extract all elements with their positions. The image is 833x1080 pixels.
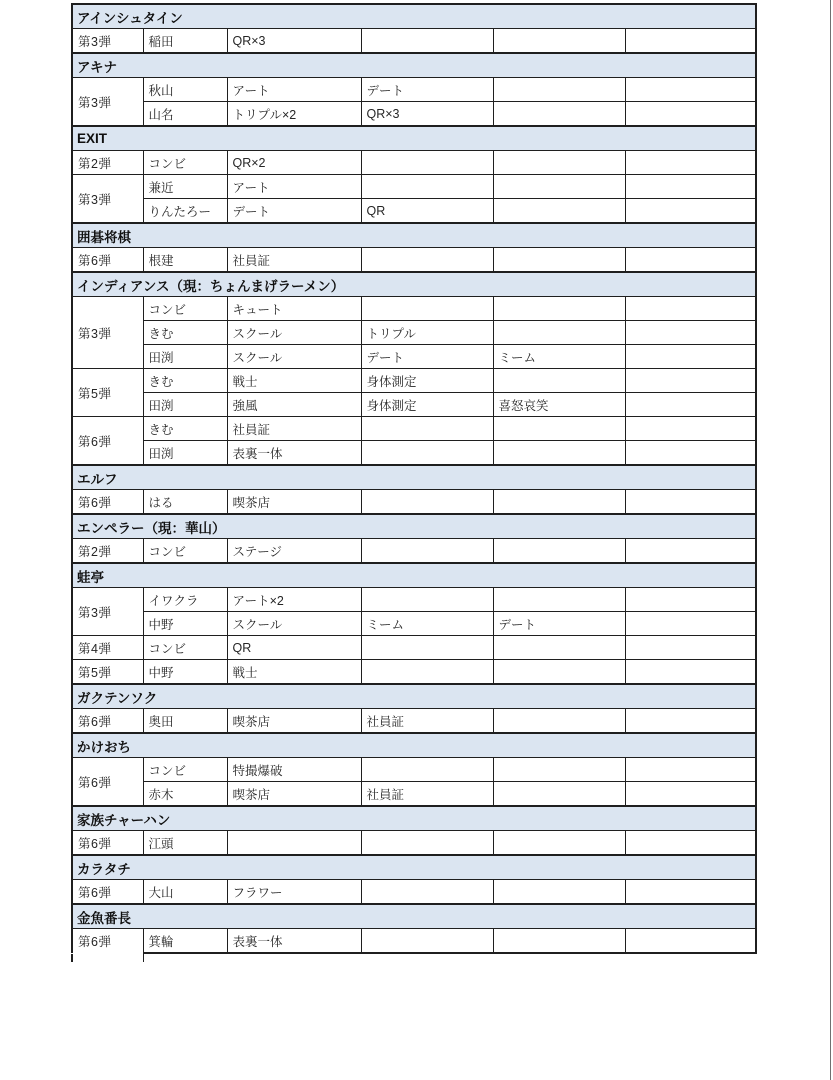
item-cell [493, 880, 625, 905]
item-cell [361, 490, 493, 515]
table-row: 第6弾きむ社員証 [72, 417, 756, 441]
item-cell [625, 199, 756, 224]
table-row: 第5弾きむ戦士身体測定 [72, 369, 756, 393]
item-cell: 戦士 [227, 369, 361, 393]
member-cell: 大山 [143, 880, 227, 905]
member-cell: 奥田 [143, 709, 227, 734]
edition-cell: 第6弾 [72, 490, 143, 515]
member-cell: 田渕 [143, 393, 227, 417]
edition-cell: 第6弾 [72, 831, 143, 856]
member-cell: コンビ [143, 539, 227, 564]
edition-cell: 第6弾 [72, 758, 143, 807]
member-cell: 赤木 [143, 782, 227, 807]
table-row: 第3弾兼近アート [72, 175, 756, 199]
member-cell: 田渕 [143, 345, 227, 369]
table-row: 田渕強風身体測定喜怒哀笑 [72, 393, 756, 417]
item-cell [625, 297, 756, 321]
section-header: アキナ [72, 53, 756, 78]
item-cell [493, 151, 625, 175]
item-cell: 特撮爆破 [227, 758, 361, 782]
edition-cell: 第3弾 [72, 175, 143, 224]
item-cell [361, 539, 493, 564]
edition-cell: 第4弾 [72, 636, 143, 660]
item-cell [493, 831, 625, 856]
item-cell [493, 78, 625, 102]
item-cell: 身体測定 [361, 369, 493, 393]
item-cell [493, 248, 625, 273]
item-cell [361, 758, 493, 782]
item-cell: デート [227, 199, 361, 224]
item-cell: 表裏一体 [227, 441, 361, 466]
item-cell [625, 175, 756, 199]
table-row: 第6弾はる喫茶店 [72, 490, 756, 515]
item-cell [625, 880, 756, 905]
item-cell [625, 441, 756, 466]
table-row: きむスクールトリプル [72, 321, 756, 345]
item-cell: ミーム [493, 345, 625, 369]
item-cell [361, 929, 493, 954]
item-cell [493, 636, 625, 660]
item-cell [625, 248, 756, 273]
item-cell: スクール [227, 321, 361, 345]
edition-cell: 第2弾 [72, 151, 143, 175]
table-row: 第2弾コンビQR×2 [72, 151, 756, 175]
member-cell: 中野 [143, 612, 227, 636]
item-cell [361, 880, 493, 905]
item-cell [361, 248, 493, 273]
item-cell [493, 369, 625, 393]
item-cell: 表裏一体 [227, 929, 361, 954]
section-row: 蛙亭 [72, 563, 756, 588]
section-row: 家族チャーハン [72, 806, 756, 831]
section-row: 金魚番長 [72, 904, 756, 929]
item-cell [625, 929, 756, 954]
item-cell [625, 660, 756, 685]
section-header: エルフ [72, 465, 756, 490]
item-cell: 社員証 [227, 417, 361, 441]
item-cell [227, 831, 361, 856]
item-cell: トリプル [361, 321, 493, 345]
item-cell: スクール [227, 612, 361, 636]
item-cell [493, 758, 625, 782]
member-cell: 秋山 [143, 78, 227, 102]
item-cell [625, 709, 756, 734]
section-header: 囲碁将棋 [72, 223, 756, 248]
item-cell [625, 612, 756, 636]
member-cell: 江頭 [143, 831, 227, 856]
table-row: 第3弾イワクラアート×2 [72, 588, 756, 612]
item-cell [493, 175, 625, 199]
window-right-border [830, 0, 831, 1080]
item-cell: トリプル×2 [227, 102, 361, 127]
section-row: かけおち [72, 733, 756, 758]
edition-cell: 第2弾 [72, 539, 143, 564]
table-row: 第6弾大山フラワー [72, 880, 756, 905]
section-header: EXIT [72, 126, 756, 151]
item-cell: アート [227, 175, 361, 199]
item-cell [625, 78, 756, 102]
item-cell: QR [227, 636, 361, 660]
section-row: エルフ [72, 465, 756, 490]
table-row: 第5弾中野戦士 [72, 660, 756, 685]
member-cell: コンビ [143, 151, 227, 175]
item-cell: アート×2 [227, 588, 361, 612]
document-page: アインシュタイン第3弾稲田QR×3アキナ第3弾秋山アートデート山名トリプル×2Q… [0, 0, 833, 1080]
member-cell: 兼近 [143, 175, 227, 199]
item-cell [361, 175, 493, 199]
item-cell [625, 321, 756, 345]
member-cell: りんたろー [143, 199, 227, 224]
item-cell [625, 782, 756, 807]
item-cell: 喜怒哀笑 [493, 393, 625, 417]
item-cell [625, 758, 756, 782]
item-cell: 社員証 [361, 709, 493, 734]
item-cell: 喫茶店 [227, 709, 361, 734]
item-cell [625, 345, 756, 369]
member-cell: コンビ [143, 636, 227, 660]
item-cell: QR×3 [227, 29, 361, 54]
cutoff-cell-stub [71, 954, 144, 962]
item-cell [493, 588, 625, 612]
edition-cell: 第6弾 [72, 709, 143, 734]
item-cell [493, 929, 625, 954]
item-cell [625, 539, 756, 564]
table-row: 山名トリプル×2QR×3 [72, 102, 756, 127]
item-cell: QR [361, 199, 493, 224]
member-cell: きむ [143, 369, 227, 393]
item-cell: 身体測定 [361, 393, 493, 417]
member-cell: きむ [143, 321, 227, 345]
item-cell [625, 636, 756, 660]
item-cell: デート [361, 345, 493, 369]
member-cell: 稲田 [143, 29, 227, 54]
item-cell [361, 441, 493, 466]
item-cell [493, 709, 625, 734]
table-row: 第3弾コンビキュート [72, 297, 756, 321]
item-cell: QR×3 [361, 102, 493, 127]
member-cell: イワクラ [143, 588, 227, 612]
member-cell: はる [143, 490, 227, 515]
edition-cell: 第6弾 [72, 248, 143, 273]
table-row: 赤木喫茶店社員証 [72, 782, 756, 807]
item-cell [493, 199, 625, 224]
item-cell [361, 660, 493, 685]
item-cell [625, 102, 756, 127]
item-cell: 喫茶店 [227, 490, 361, 515]
item-cell [493, 321, 625, 345]
item-cell [493, 539, 625, 564]
item-cell: QR×2 [227, 151, 361, 175]
item-cell [493, 297, 625, 321]
edition-cell: 第3弾 [72, 29, 143, 54]
section-header: インディアンス（現：ちょんまげラーメン） [72, 272, 756, 297]
item-cell [361, 588, 493, 612]
item-cell [361, 151, 493, 175]
table-row: りんたろーデートQR [72, 199, 756, 224]
table-row: 第4弾コンビQR [72, 636, 756, 660]
edition-cell: 第6弾 [72, 929, 143, 954]
item-cell [361, 297, 493, 321]
item-cell [493, 441, 625, 466]
item-cell: 喫茶店 [227, 782, 361, 807]
section-row: EXIT [72, 126, 756, 151]
edition-cell: 第3弾 [72, 588, 143, 636]
item-cell [361, 636, 493, 660]
table-row: 第6弾コンビ特撮爆破 [72, 758, 756, 782]
edition-cell: 第3弾 [72, 78, 143, 127]
section-header: 金魚番長 [72, 904, 756, 929]
table-row: 田渕表裏一体 [72, 441, 756, 466]
table-row: 第3弾稲田QR×3 [72, 29, 756, 54]
item-cell [493, 782, 625, 807]
item-cell [493, 102, 625, 127]
member-cell: 箕輪 [143, 929, 227, 954]
item-cell [625, 417, 756, 441]
section-header: アインシュタイン [72, 4, 756, 29]
table-row: 中野スクールミームデート [72, 612, 756, 636]
item-cell [493, 417, 625, 441]
section-row: アキナ [72, 53, 756, 78]
member-cell: きむ [143, 417, 227, 441]
item-cell [361, 831, 493, 856]
item-cell [625, 831, 756, 856]
member-cell: コンビ [143, 297, 227, 321]
item-cell: ステージ [227, 539, 361, 564]
section-row: アインシュタイン [72, 4, 756, 29]
item-cell [361, 417, 493, 441]
item-cell [625, 151, 756, 175]
member-cell: コンビ [143, 758, 227, 782]
section-header: 家族チャーハン [72, 806, 756, 831]
item-cell: デート [361, 78, 493, 102]
item-cell: フラワー [227, 880, 361, 905]
table-row: 田渕スクールデートミーム [72, 345, 756, 369]
item-cell [625, 29, 756, 54]
table-row: 第2弾コンビステージ [72, 539, 756, 564]
item-cell [493, 29, 625, 54]
item-cell: スクール [227, 345, 361, 369]
item-cell: 戦士 [227, 660, 361, 685]
table-row: 第6弾奥田喫茶店社員証 [72, 709, 756, 734]
item-cell [493, 660, 625, 685]
item-cell [625, 588, 756, 612]
item-cell [493, 490, 625, 515]
item-cell [625, 393, 756, 417]
edition-cell: 第5弾 [72, 369, 143, 417]
member-cell: 山名 [143, 102, 227, 127]
section-header: 蛙亭 [72, 563, 756, 588]
table-row: 第6弾根建社員証 [72, 248, 756, 273]
section-header: カラタチ [72, 855, 756, 880]
item-cell: 強風 [227, 393, 361, 417]
item-cell: ミーム [361, 612, 493, 636]
item-cell: キュート [227, 297, 361, 321]
item-cell: 社員証 [361, 782, 493, 807]
table-row: 第6弾箕輪表裏一体 [72, 929, 756, 954]
item-cell [361, 29, 493, 54]
item-cell [625, 490, 756, 515]
section-header: ガクテンソク [72, 684, 756, 709]
member-cell: 中野 [143, 660, 227, 685]
section-row: ガクテンソク [72, 684, 756, 709]
member-cell: 根建 [143, 248, 227, 273]
section-row: 囲碁将棋 [72, 223, 756, 248]
item-cell: デート [493, 612, 625, 636]
edition-cell: 第6弾 [72, 417, 143, 466]
edition-cell: 第3弾 [72, 297, 143, 369]
edition-cell: 第6弾 [72, 880, 143, 905]
section-row: インディアンス（現：ちょんまげラーメン） [72, 272, 756, 297]
member-cell: 田渕 [143, 441, 227, 466]
table-row: 第6弾江頭 [72, 831, 756, 856]
combi-goods-table-wrap: アインシュタイン第3弾稲田QR×3アキナ第3弾秋山アートデート山名トリプル×2Q… [71, 3, 766, 962]
section-row: エンペラー（現：華山） [72, 514, 756, 539]
item-cell: 社員証 [227, 248, 361, 273]
table-row: 第3弾秋山アートデート [72, 78, 756, 102]
section-header: エンペラー（現：華山） [72, 514, 756, 539]
edition-cell: 第5弾 [72, 660, 143, 685]
section-row: カラタチ [72, 855, 756, 880]
combi-goods-table: アインシュタイン第3弾稲田QR×3アキナ第3弾秋山アートデート山名トリプル×2Q… [71, 3, 757, 954]
item-cell: アート [227, 78, 361, 102]
item-cell [625, 369, 756, 393]
section-header: かけおち [72, 733, 756, 758]
